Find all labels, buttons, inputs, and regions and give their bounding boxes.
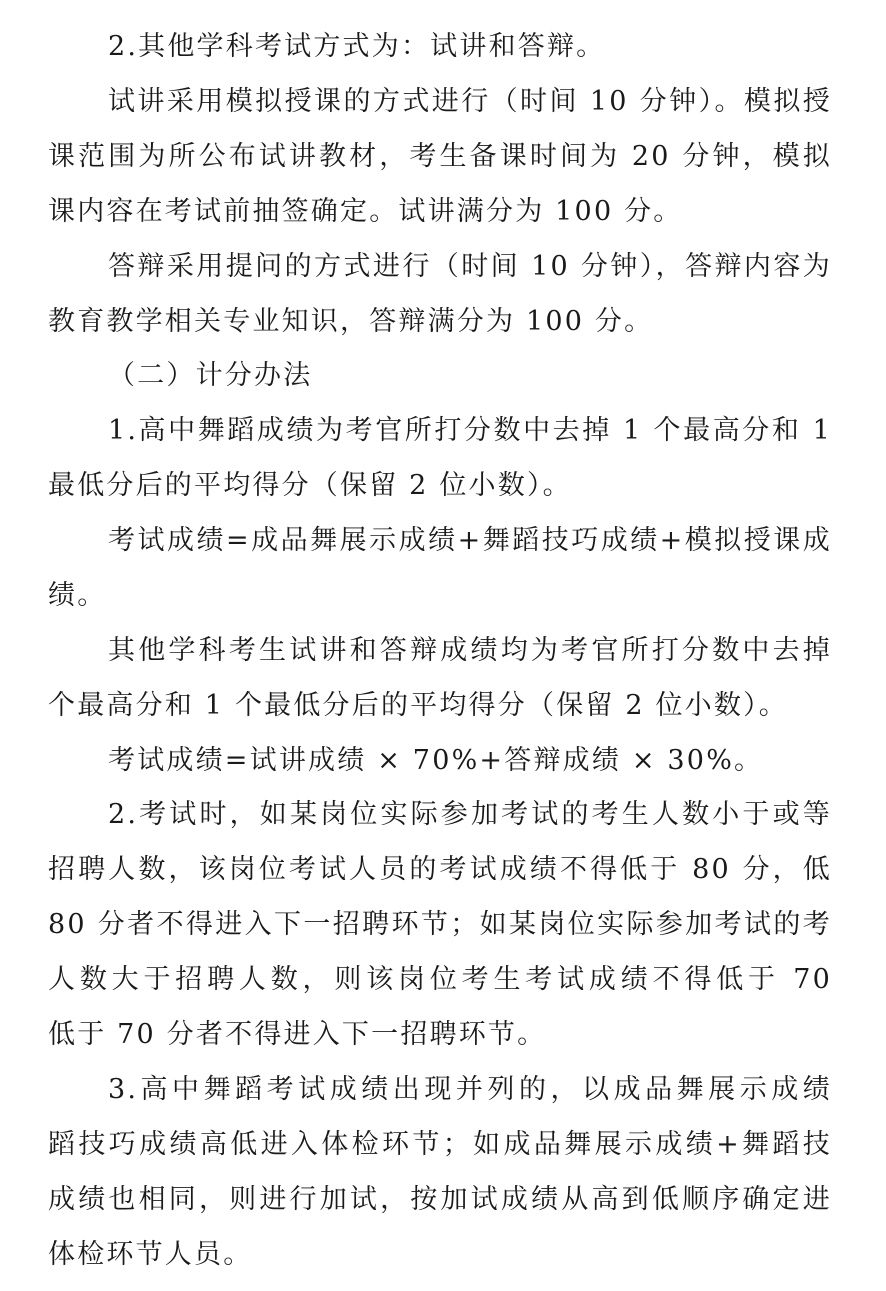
- document-page: 2.其他学科考试方式为：试讲和答辩。 试讲采用模拟授课的方式进行（时间 10 分…: [0, 0, 886, 1291]
- paragraph-other-formula: 考试成绩=试讲成绩 × 70%+答辩成绩 × 30%。: [108, 741, 886, 781]
- paragraph-minimum-score-rule-line: 80 分者不得进入下一招聘环节；如某岗位实际参加考试的考生: [48, 905, 832, 945]
- paragraph-minimum-score-rule-line: 人数大于招聘人数，则该岗位考生考试成绩不得低于 70 分，: [48, 960, 832, 1000]
- paragraph-dance-formula-line: 绩。: [48, 576, 832, 616]
- paragraph-tie-break-rule-line: 蹈技巧成绩高低进入体检环节；如成品舞展示成绩+舞蹈技巧: [48, 1125, 832, 1165]
- paragraph-minimum-score-rule-line: 低于 70 分者不得进入下一招聘环节。: [48, 1015, 832, 1055]
- paragraph-minimum-score-rule-line: 2.考试时，如某岗位实际参加考试的考生人数小于或等于: [108, 795, 832, 835]
- paragraph-trial-lecture-line: 试讲采用模拟授课的方式进行（时间 10 分钟）。模拟授: [108, 82, 832, 122]
- paragraph-trial-lecture-line: 课内容在考试前抽签确定。试讲满分为 100 分。: [48, 192, 832, 232]
- paragraph-minimum-score-rule-line: 招聘人数，该岗位考试人员的考试成绩不得低于 80 分，低于: [48, 850, 832, 890]
- paragraph-dance-formula-line: 考试成绩=成品舞展示成绩+舞蹈技巧成绩+模拟授课成: [108, 521, 832, 561]
- paragraph-tie-break-rule-line: 体检环节人员。: [48, 1235, 832, 1275]
- paragraph-other-score-rule-line: 个最高分和 1 个最低分后的平均得分（保留 2 位小数）。: [48, 686, 832, 726]
- paragraph-other-subjects-format: 2.其他学科考试方式为：试讲和答辩。: [108, 27, 886, 67]
- paragraph-defense-line: 答辩采用提问的方式进行（时间 10 分钟），答辩内容为: [108, 247, 832, 287]
- paragraph-tie-break-rule-line: 3.高中舞蹈考试成绩出现并列的，以成品舞展示成绩+舞: [108, 1070, 832, 1110]
- section-heading-scoring-method: （二）计分办法: [108, 356, 886, 396]
- paragraph-tie-break-rule-line: 成绩也相同，则进行加试，按加试成绩从高到低顺序确定进入: [48, 1180, 832, 1220]
- paragraph-trial-lecture-line: 课范围为所公布试讲教材，考生备课时间为 20 分钟，模拟授: [48, 137, 832, 177]
- paragraph-dance-score-rule-line: 最低分后的平均得分（保留 2 位小数）。: [48, 466, 832, 506]
- paragraph-defense-line: 教育教学相关专业知识，答辩满分为 100 分。: [48, 302, 832, 342]
- paragraph-other-score-rule-line: 其他学科考生试讲和答辩成绩均为考官所打分数中去掉 1: [108, 631, 832, 671]
- paragraph-dance-score-rule-line: 1.高中舞蹈成绩为考官所打分数中去掉 1 个最高分和 1 个: [108, 411, 832, 451]
